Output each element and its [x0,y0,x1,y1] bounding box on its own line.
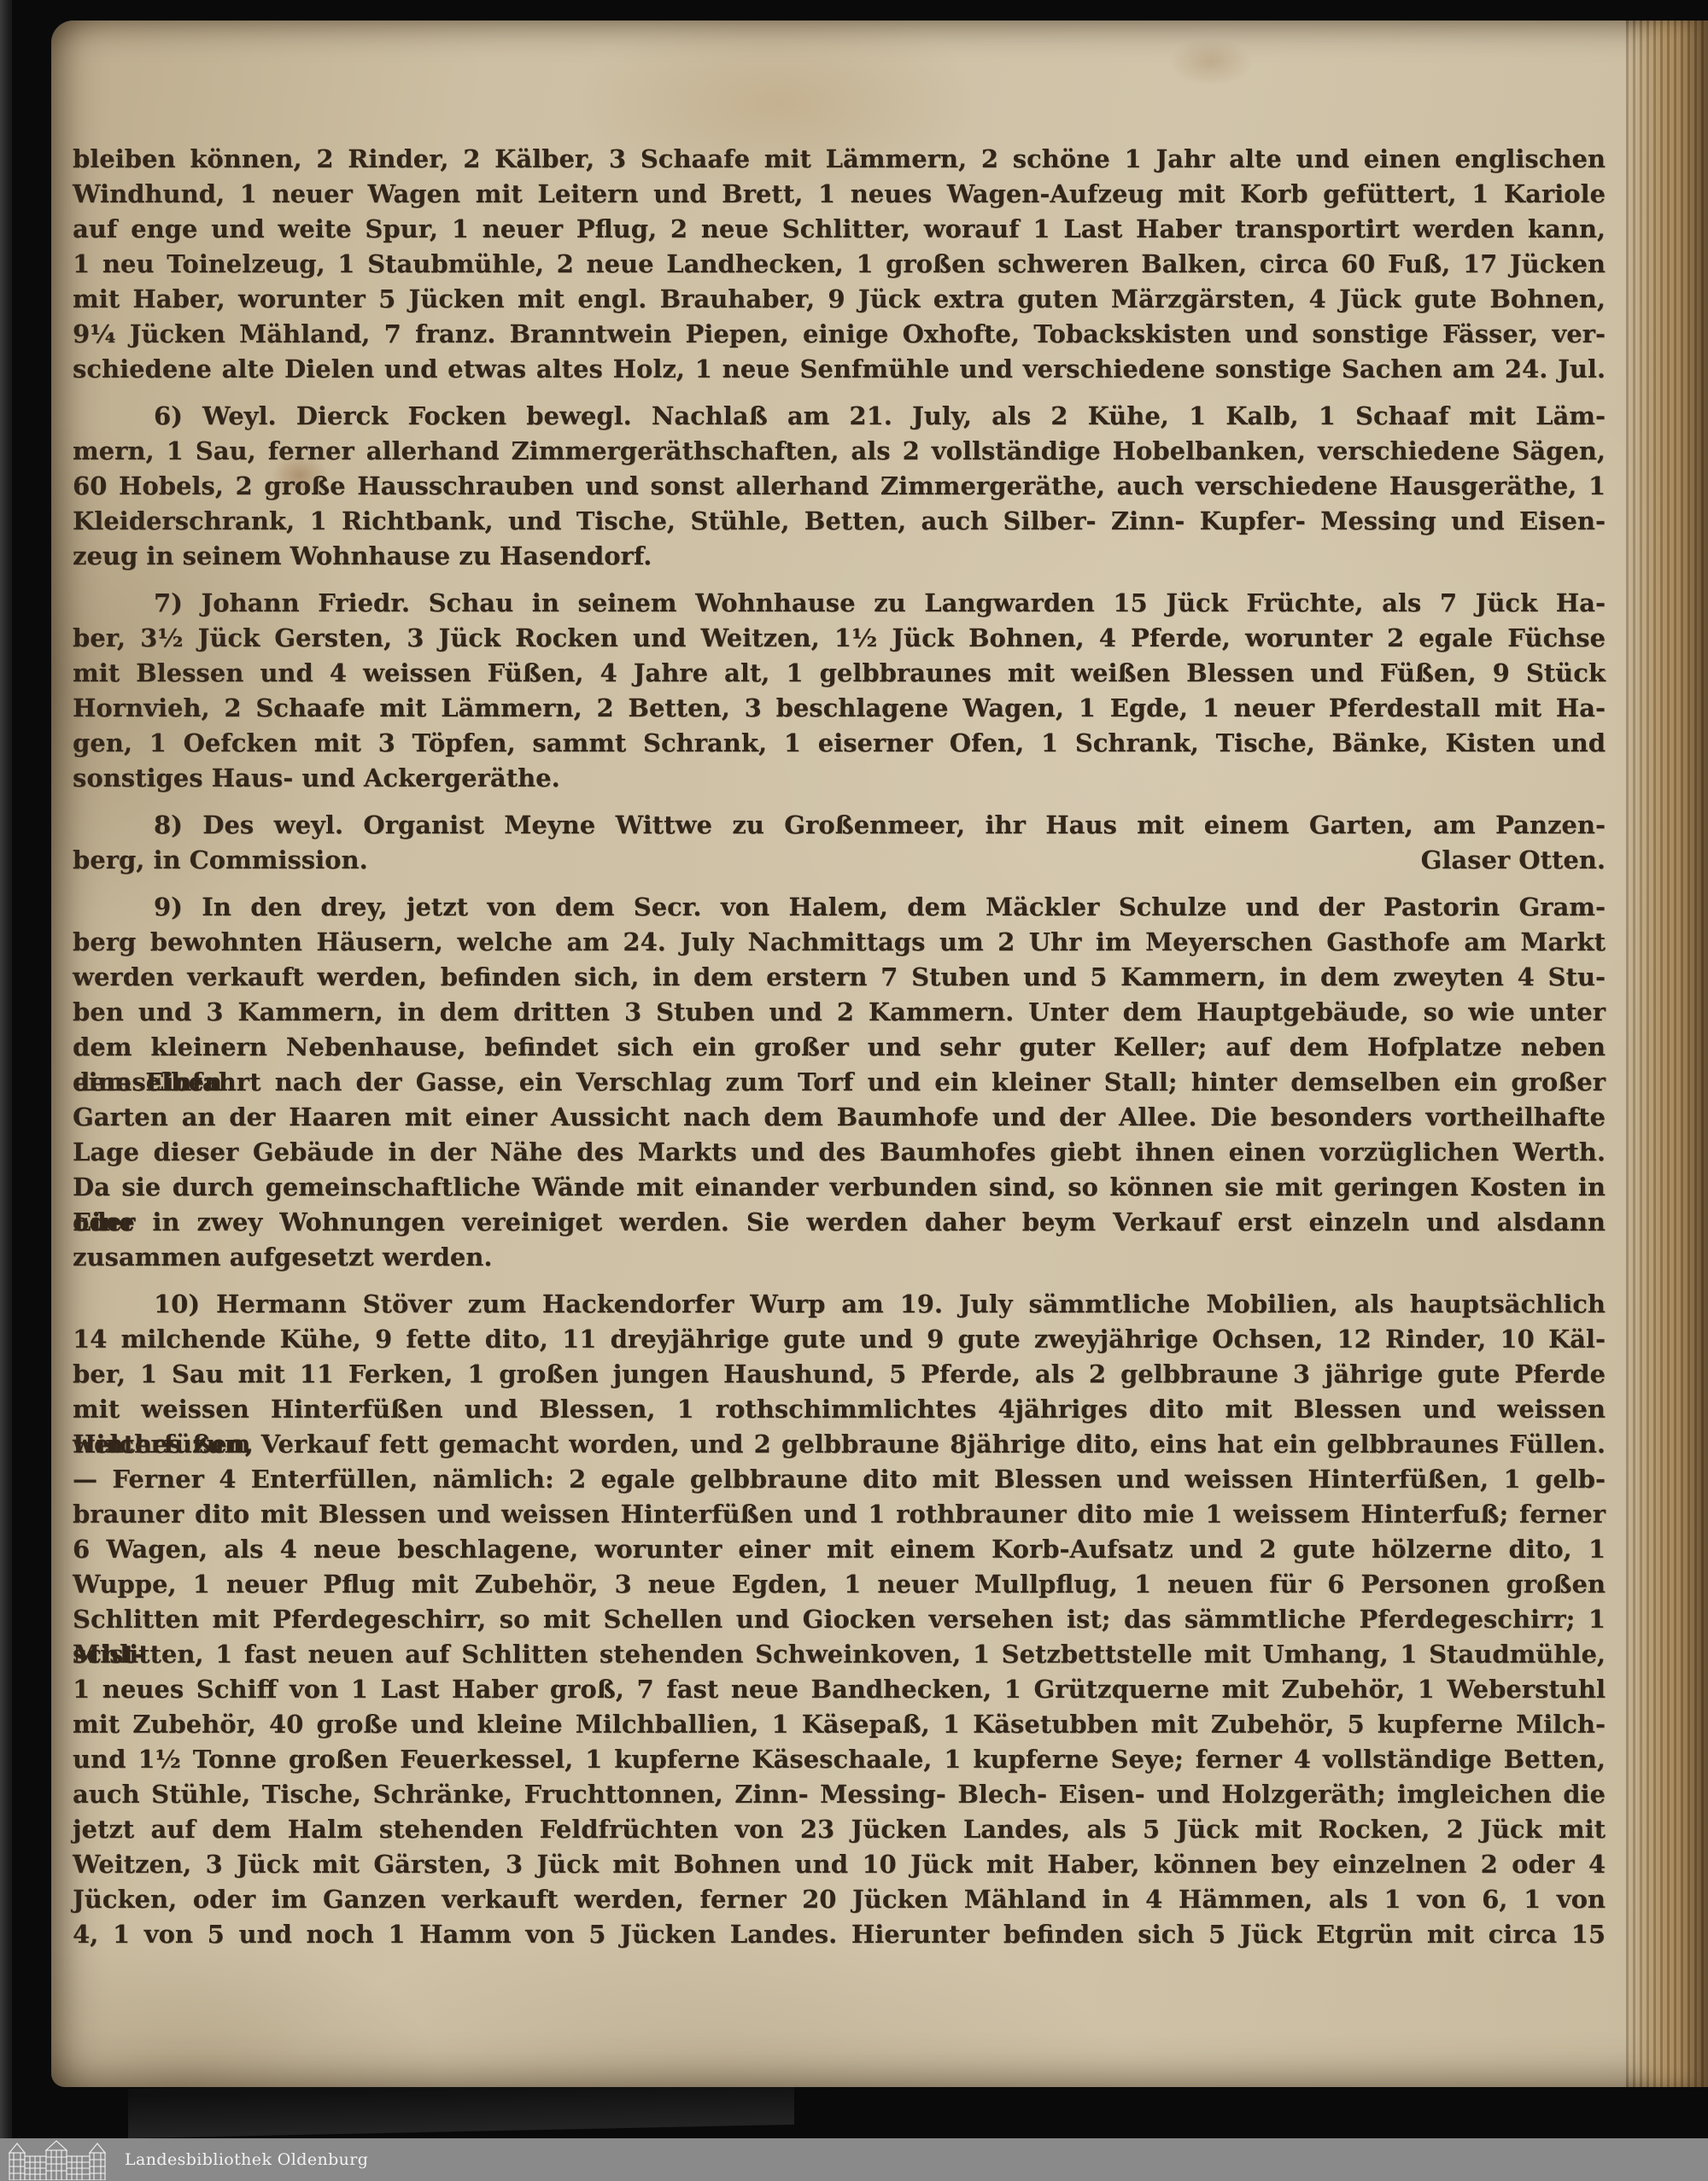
paragraph: 10) Hermann Stöver zum Hackendorfer Wurp… [73,1287,1606,1952]
paragraph: 8) Des weyl. Organist Meyne Wittwe zu Gr… [73,808,1606,878]
text-line: 1 neues Schiff von 1 Last Haber groß, 7 … [73,1672,1606,1707]
text-line: 1 neu Toinelzeug, 1 Staubmühle, 2 neue L… [73,247,1606,282]
text-line: brauner dito mit Blessen und weissen Hin… [73,1497,1606,1532]
text-line: schiedene alte Dielen und etwas altes Ho… [73,352,1606,387]
paragraph: 6) Weyl. Dierck Focken bewegl. Nachlaß a… [73,399,1606,574]
text-line: Wuppe, 1 neuer Pflug mit Zubehör, 3 neue… [73,1567,1606,1602]
text-line: mit Haber, worunter 5 Jücken mit engl. B… [73,282,1606,317]
text-line: jetzt auf dem Halm stehenden Feldfrüchte… [73,1812,1606,1847]
text-line: oder in zwey Wohnungen vereiniget werden… [73,1205,1606,1240]
text-line: 14 milchende Kühe, 9 fette dito, 11 drey… [73,1322,1606,1357]
text-line: werden verkauft werden, befinden sich, i… [73,960,1606,995]
text-line: eine Einfahrt nach der Gasse, ein Versch… [73,1065,1606,1100]
paragraph: bleiben können, 2 Rinder, 2 Kälber, 3 Sc… [73,142,1606,387]
text-line: ber, 3½ Jück Gersten, 3 Jück Rocken und … [73,621,1606,656]
book-page: bleiben können, 2 Rinder, 2 Kälber, 3 Sc… [51,20,1708,2087]
text-line: und 1½ Tonne großen Feuerkessel, 1 kupfe… [73,1742,1606,1777]
library-building-icon [7,2139,108,2180]
text-line: mit weissen Hinterfüßen und Blessen, 1 r… [73,1392,1606,1427]
paragraph: 7) Johann Friedr. Schau in seinem Wohnha… [73,586,1606,796]
text-line: Garten an der Haaren mit einer Aussicht … [73,1100,1606,1135]
text-line: — Ferner 4 Enterfüllen, nämlich: 2 egale… [73,1462,1606,1497]
text-line: zeug in seinem Wohnhause zu Hasendorf. [73,539,1606,574]
library-name: Landesbibliothek Oldenburg [125,2150,368,2169]
book-cover-edge [0,0,12,2181]
library-footer: Landesbibliothek Oldenburg [0,2138,1708,2181]
text-line: 6) Weyl. Dierck Focken bewegl. Nachlaß a… [73,399,1606,434]
text-line: 9) In den drey, jetzt von dem Secr. von … [73,890,1606,925]
text-line: 4, 1 von 5 und noch 1 Hamm von 5 Jücken … [73,1917,1606,1952]
text-line: auch Stühle, Tische, Schränke, Fruchtton… [73,1777,1606,1812]
scan-background: bleiben können, 2 Rinder, 2 Kälber, 3 Sc… [0,0,1708,2181]
text-line: dem kleinern Nebenhause, befindet sich e… [73,1030,1606,1065]
text-line: mit Zubehör, 40 große und kleine Milchba… [73,1707,1606,1742]
text-line: Windhund, 1 neuer Wagen mit Leitern und … [73,177,1606,212]
signature: Glaser Otten. [1421,843,1606,878]
page-text: bleiben können, 2 Rinder, 2 Kälber, 3 Sc… [73,142,1606,1964]
text-line: Jücken, oder im Ganzen verkauft werden, … [73,1882,1606,1917]
paragraph: 9) In den drey, jetzt von dem Secr. von … [73,890,1606,1275]
text-line: Weitzen, 3 Jück mit Gärsten, 3 Jück mit … [73,1847,1606,1882]
text-line: Schlitten mit Pferdegeschirr, so mit Sch… [73,1602,1606,1637]
text-line: mit Blessen und 4 weissen Füßen, 4 Jahre… [73,656,1606,691]
text-line: 10) Hermann Stöver zum Hackendorfer Wurp… [73,1287,1606,1322]
text-line: sonstiges Haus- und Ackergeräthe. [73,761,1606,796]
text-line: mern, 1 Sau, ferner allerhand Zimmergerä… [73,434,1606,469]
text-line: schlitten, 1 fast neuen auf Schlitten st… [73,1637,1606,1672]
text-line: 9¼ Jücken Mähland, 7 franz. Branntwein P… [73,317,1606,352]
text-line: ber, 1 Sau mit 11 Ferken, 1 großen junge… [73,1357,1606,1392]
text-line: Da sie durch gemeinschaftliche Wände mit… [73,1170,1606,1205]
text-line: berg, in Commission.Glaser Otten. [73,843,1606,878]
text-line: 8) Des weyl. Organist Meyne Wittwe zu Gr… [73,808,1606,843]
text-line: Hornvieh, 2 Schaafe mit Lämmern, 2 Bette… [73,691,1606,726]
text-line-left: berg, in Commission. [73,843,368,878]
text-line: welches zum Verkauf fett gemacht worden,… [73,1427,1606,1462]
text-line: 7) Johann Friedr. Schau in seinem Wohnha… [73,586,1606,621]
page-stack-edge [1626,20,1708,2087]
text-line: bleiben können, 2 Rinder, 2 Kälber, 3 Sc… [73,142,1606,177]
text-line: 60 Hobels, 2 große Hausschrauben und son… [73,469,1606,504]
text-line: Lage dieser Gebäude in der Nähe des Mark… [73,1135,1606,1170]
text-line: auf enge und weite Spur, 1 neuer Pflug, … [73,212,1606,247]
text-line: ben und 3 Kammern, in dem dritten 3 Stub… [73,995,1606,1030]
text-line: Kleiderschrank, 1 Richtbank, und Tische,… [73,504,1606,539]
text-line: 6 Wagen, als 4 neue beschlagene, worunte… [73,1532,1606,1567]
text-line: gen, 1 Oefcken mit 3 Töpfen, sammt Schra… [73,726,1606,761]
text-line: zusammen aufgesetzt werden. [73,1240,1606,1275]
text-line: berg bewohnten Häusern, welche am 24. Ju… [73,925,1606,960]
